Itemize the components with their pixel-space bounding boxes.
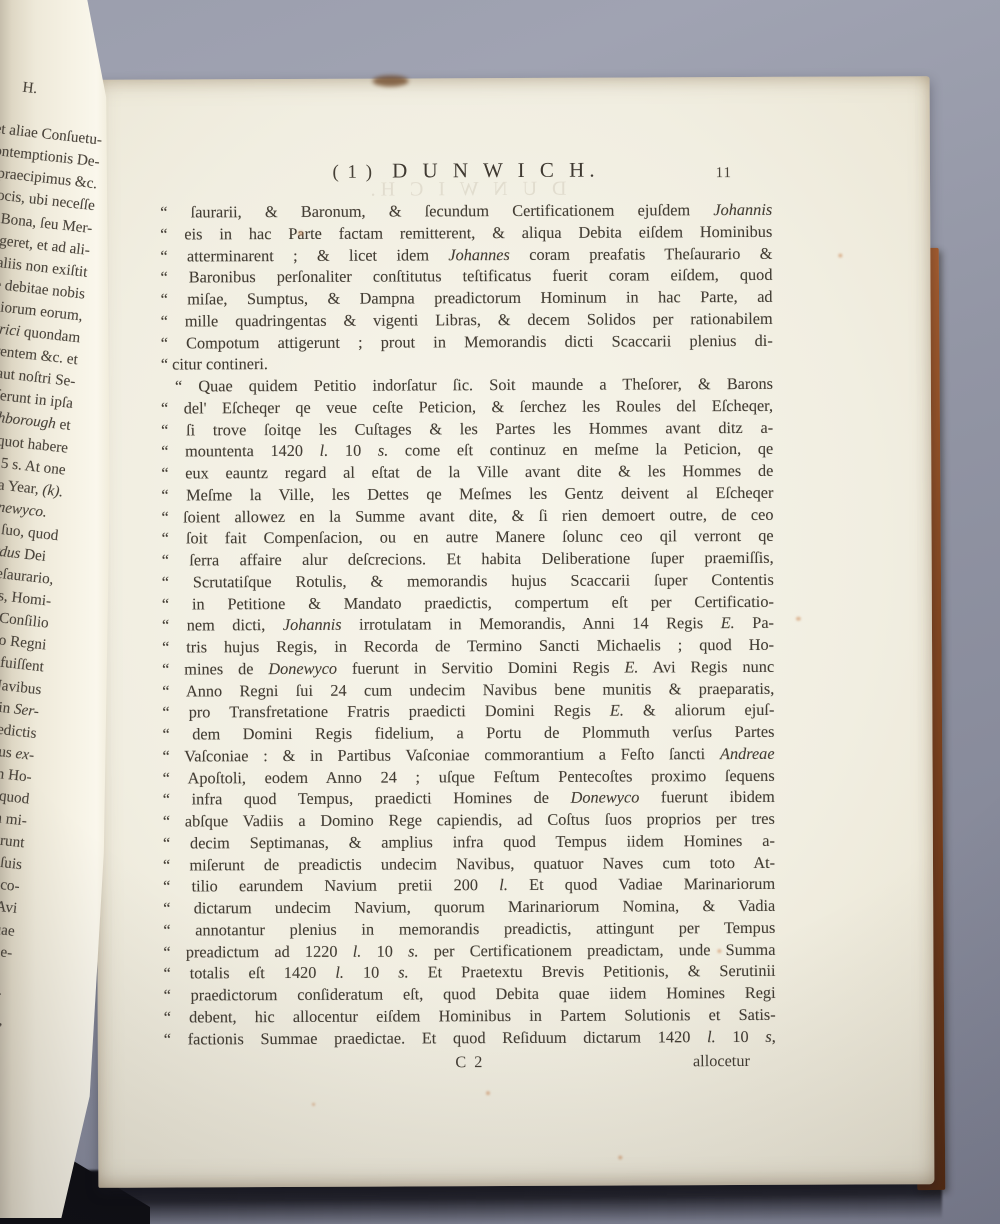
left-footnote: Hiſt. Norw. p 57. [0, 961, 9, 1002]
text-line: “ tris hujus Regis, in Recorda de Termin… [162, 634, 774, 658]
foxing-spot [312, 1103, 315, 1106]
text-line: “ mountenta 1420 l. 10 s. come eſt conti… [161, 438, 773, 462]
text-line: “ mille quadringentas & vigenti Libras, … [161, 308, 773, 332]
page-number: 11 [716, 165, 733, 182]
text-line: “ decim Septimanas, & amplius infra quod… [163, 830, 775, 854]
text-line: “ ſerra affaire alur deſcrecions. Et hab… [162, 547, 774, 571]
left-page-text: H. et aliae Conſuetu-Contemptionis De-bi… [0, 66, 108, 1032]
text-line: “ dictarum undecim Navium, quorum Marina… [163, 895, 775, 919]
right-page: D U N W I C H. ( 1 ) D U N W I C H. 11 “… [94, 76, 935, 1188]
text-line: “ atterminarent ; & licet idem Johannes … [160, 242, 772, 266]
signature-row: C 2 allocetur [164, 1051, 776, 1080]
section-number: ( 1 ) [332, 162, 374, 183]
text-line: “ infra quod Tempus, praedicti Homines d… [163, 786, 775, 810]
text-line: “ tilio earundem Navium pretii 200 l. Et… [163, 873, 775, 897]
stain [373, 75, 409, 86]
text-line: “ Apoſtoli, eodem Anno 24 ; uſque Feſtum… [163, 764, 775, 788]
page-title: D U N W I C H. [392, 158, 600, 183]
text-line: “ Compotum attigerunt ; prout in Memoran… [161, 329, 773, 353]
photo-background: D U N W I C H. ( 1 ) D U N W I C H. 11 “… [0, 0, 1000, 1224]
text-line: “ miſerunt de preadictis undecim Navibus… [163, 851, 775, 875]
text-line: “ del' Eſcheqer qe veue ceſte Peticion, … [161, 395, 773, 419]
text-line: “ abſque Vadiis a Domino Rege capiendis,… [163, 808, 775, 832]
text-line: “ totalis eſt 1420 l. 10 s. Et Praetextu… [163, 960, 775, 984]
text-line: “ ſi trove ſoitqe les Cuſtages & les Par… [161, 416, 773, 440]
text-line: “ factionis Summae praedictae. Et quod R… [164, 1025, 776, 1049]
text-line: “ annotantur plenius in memorandis pread… [163, 917, 775, 941]
text-line: “ debent, hic allocentur eiſdem Hominibu… [164, 1004, 776, 1028]
page-header: ( 1 ) D U N W I C H. 11 [160, 157, 772, 194]
text-line: “ Meſme la Ville, les Dettes qe Meſmes l… [161, 482, 773, 506]
foxing-spot [618, 1156, 622, 1160]
text-line: “ praedictorum conſideratum eſt, quod De… [164, 982, 776, 1006]
text-line: “ Vaſconiae : & in Partibus Vaſconiae co… [162, 743, 774, 767]
text-line: “ dem Domini Regis fidelium, a Portu de … [162, 721, 774, 745]
signature-mark: C 2 [164, 1051, 776, 1074]
text-line: “ Anno Regni ſui 24 cum undecim Navibus … [162, 677, 774, 701]
main-text-block: “ ſaurarii, & Baronum, & ſecundum Certif… [160, 199, 776, 1050]
text-line: “ mines de Donewyco fuerunt in Servitio … [162, 656, 774, 680]
left-fragments: H. et aliae Conſuetu-Contemptionis De-bi… [0, 66, 108, 964]
main-lines: “ ſaurarii, & Baronum, & ſecundum Certif… [160, 199, 776, 1050]
text-line: “ ſoient allowez en la Summe avant dite,… [161, 503, 773, 527]
text-line: “ Quae quidem Petitio indorſatur ſic. So… [161, 373, 773, 397]
text-line: “ ſoit fait Compenſacion, ou en autre Ma… [162, 525, 774, 549]
text-line: “ eux eauntz regard al eſtat de la Ville… [161, 460, 773, 484]
text-line: “ miſae, Sumptus, & Dampna preadictorum … [160, 286, 772, 310]
foxing-spot [717, 949, 721, 953]
foxing-spot [838, 254, 842, 258]
foxing-spot [486, 1091, 490, 1095]
text-line: “ citur contineri. [161, 351, 773, 375]
text-line: “ nem dicti, Johannis irrotulatam in Mem… [162, 612, 774, 636]
text-line: “ in Petitione & Mandato praedictis, com… [162, 590, 774, 614]
text-line: “ ſaurarii, & Baronum, & ſecundum Certif… [160, 199, 772, 223]
text-line: “ pro Transfretatione Fratris praedicti … [162, 699, 774, 723]
catchword: allocetur [693, 1051, 750, 1071]
foxing-spot [298, 231, 303, 236]
text-line: “ Scrutatiſque Rotulis, & memorandis huj… [162, 569, 774, 593]
text-line: “ eis in hac Parte factam remitterent, &… [160, 221, 772, 245]
text-line: “ preadictum ad 1220 l. 10 s. per Certif… [163, 938, 775, 962]
foxing-spot [796, 617, 801, 621]
text-line: “ Baronibus perſonaliter conſtitutus teſ… [160, 264, 772, 288]
